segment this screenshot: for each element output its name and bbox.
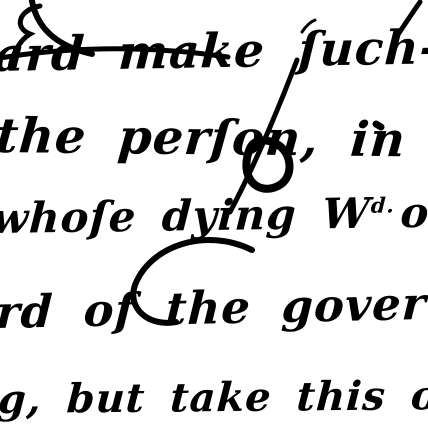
manuscript-line-4: rd of the gover bbox=[0, 277, 428, 339]
line-3-text: whoſe dying W bbox=[0, 189, 372, 243]
manuscript-line-5: g, but take this o bbox=[0, 372, 428, 423]
line-3-text-after: o bbox=[399, 188, 428, 237]
manuscript-page: ard make ſuch- the perſon, in whoſe dyin… bbox=[0, 0, 428, 447]
line-3-superscript: d. bbox=[370, 192, 395, 217]
manuscript-line-2: the perſon, in bbox=[0, 108, 408, 168]
manuscript-line-3: whoſe dying Wd.o bbox=[0, 188, 428, 243]
manuscript-line-1: ard make ſuch- bbox=[0, 20, 428, 83]
